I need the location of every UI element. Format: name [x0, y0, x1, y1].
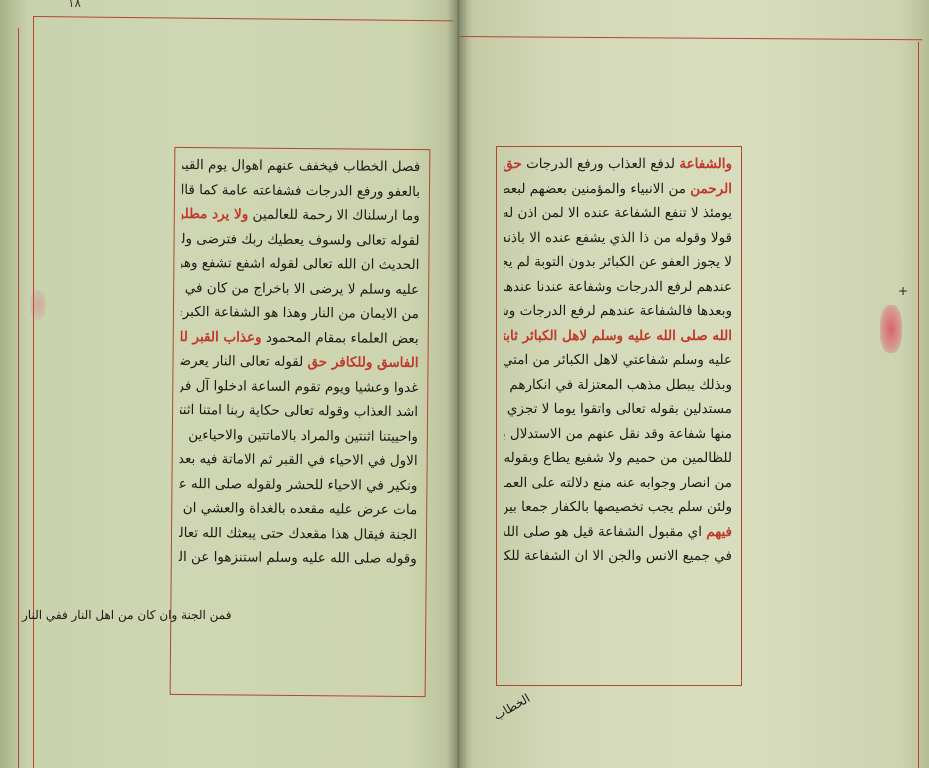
left-page-outer-rule-left [33, 16, 34, 768]
text-line: الجنة فيقال هذا مقعدك حتى يبعثك الله تعا… [179, 520, 417, 547]
text-line: عليه وسلم لا يرضى الا باخراج من كان في ق… [181, 275, 419, 302]
text-line: مستدلين بقوله تعالى واتقوا يوما لا تجزي … [504, 397, 732, 422]
text-line: ونكير في الاحياء للحشر ولقوله صلى الله ع… [179, 471, 417, 498]
text-line: الحديث ان الله تعالى لقوله اشفع تشفع وهو… [181, 251, 419, 278]
rubric: ولا يرد مطلوبه [182, 206, 249, 223]
manuscript-spread: ١٨ فصل الخطاب فيخفف عنهم اهوال يوم القيم… [0, 0, 929, 768]
text-line: لقوله تعالى ولسوف يعطيك ربك فترضى ولما و… [181, 226, 419, 253]
text-line: فيهم اي مقبول الشفاعة قيل هو صلى الله عل… [504, 520, 732, 545]
text-line: عليه وسلم شفاعتي لاهل الكبائر من امتي وه… [504, 348, 732, 373]
text-line: من الايمان من النار وهذا هو الشفاعة الكب… [181, 300, 419, 327]
text-line: وبذلك يبطل مذهب المعتزلة في انكارهم الشف… [504, 373, 732, 398]
page-number: ١٨ [68, 0, 81, 10]
text-line: ولئن سلم يجب تخصيصها بالكفار جمعا بين ال… [504, 495, 732, 520]
right-text-block: والشفاعة لدفع العذاب ورفع الدرجات حق لمن… [496, 148, 740, 684]
text-line: منها شفاعة وقد نقل عنهم من الاستدلال بقو… [504, 422, 732, 447]
text-line: بعض العلماء بمقام المحمود وعذاب القبر لل… [181, 324, 419, 351]
text-line: لا يجوز العفو عن الكبائر بدون التوبة لم … [504, 250, 732, 275]
text-line: وما ارسلناك الا رحمة للعالمين ولا يرد مط… [182, 202, 420, 229]
text-line: غدوا وعشيا ويوم تقوم الساعة ادخلوا آل فر… [180, 373, 418, 400]
rubric: الرحمن [690, 181, 732, 197]
rubric: الله صلى الله عليه وسلم لاهل الكبائر ثاب… [504, 328, 732, 344]
left-page-outer-rule-left-2 [18, 28, 19, 768]
text-line: اشد العذاب وقوله تعالى حكاية ربنا امتنا … [180, 398, 418, 425]
rubric: والشفاعة [679, 156, 732, 172]
text-line: وقوله صلى الله عليه وسلم استنزهوا عن الب… [179, 545, 417, 572]
text-line: الله صلى الله عليه وسلم لاهل الكبائر ثاب… [504, 324, 732, 349]
text-line: فصل الخطاب فيخفف عنهم اهوال يوم القيمة و… [182, 153, 420, 180]
text-line: مات عرض عليه مقعده بالغداة والعشي ان كان… [179, 496, 417, 523]
text-line: للظالمين من حميم ولا شفيع يطاع وبقوله تع… [504, 446, 732, 471]
faded-stamp [30, 290, 46, 320]
book-gutter [448, 0, 468, 768]
library-stamp [880, 305, 902, 353]
text-line: الاول في الاحياء في القبر ثم الاماتة فيه… [180, 447, 418, 474]
rubric: حق لمن اذن له [504, 156, 522, 172]
text-line: يومئذ لا تنفع الشفاعة عنده الا لمن اذن ل… [504, 201, 732, 226]
text-line: وبعدها فالشفاعة عندهم لرفع الدرجات وشفاع… [504, 299, 732, 324]
right-page-outer-rule-right [918, 42, 919, 768]
text-line: الفاسق وللكافر حق لقوله تعالى النار يعرض… [180, 349, 418, 376]
rubric: وعذاب القبر للمؤمنين [181, 328, 262, 345]
cross-mark: + [898, 284, 908, 298]
text-line: عندهم لرفع الدرجات وشفاعة عندنا عندهم قب… [504, 275, 732, 300]
text-line: بالعفو ورفع الدرجات فشفاعته عامة كما قال… [182, 177, 420, 204]
text-line: في جميع الانس والجن الا ان الشفاعة للكفا… [504, 544, 732, 569]
text-line: قولا وقوله من ذا الذي يشفع عنده الا باذن… [504, 226, 732, 251]
text-line: والشفاعة لدفع العذاب ورفع الدرجات حق لمن… [504, 152, 732, 177]
rubric: الفاسق وللكافر حق [308, 354, 419, 371]
left-margin-note: فمن الجنة وان كان من اهل النار ففي النار [22, 608, 231, 622]
rubric: فيهم [706, 524, 732, 540]
text-line: الرحمن من الانبياء والمؤمنين بعضهم لبعض … [504, 177, 732, 202]
text-line: واحييتنا اثنتين والمراد بالاماتتين والاح… [180, 422, 418, 449]
text-line: من انصار وجوابه عنه منع دلالته على العمو… [504, 471, 732, 496]
